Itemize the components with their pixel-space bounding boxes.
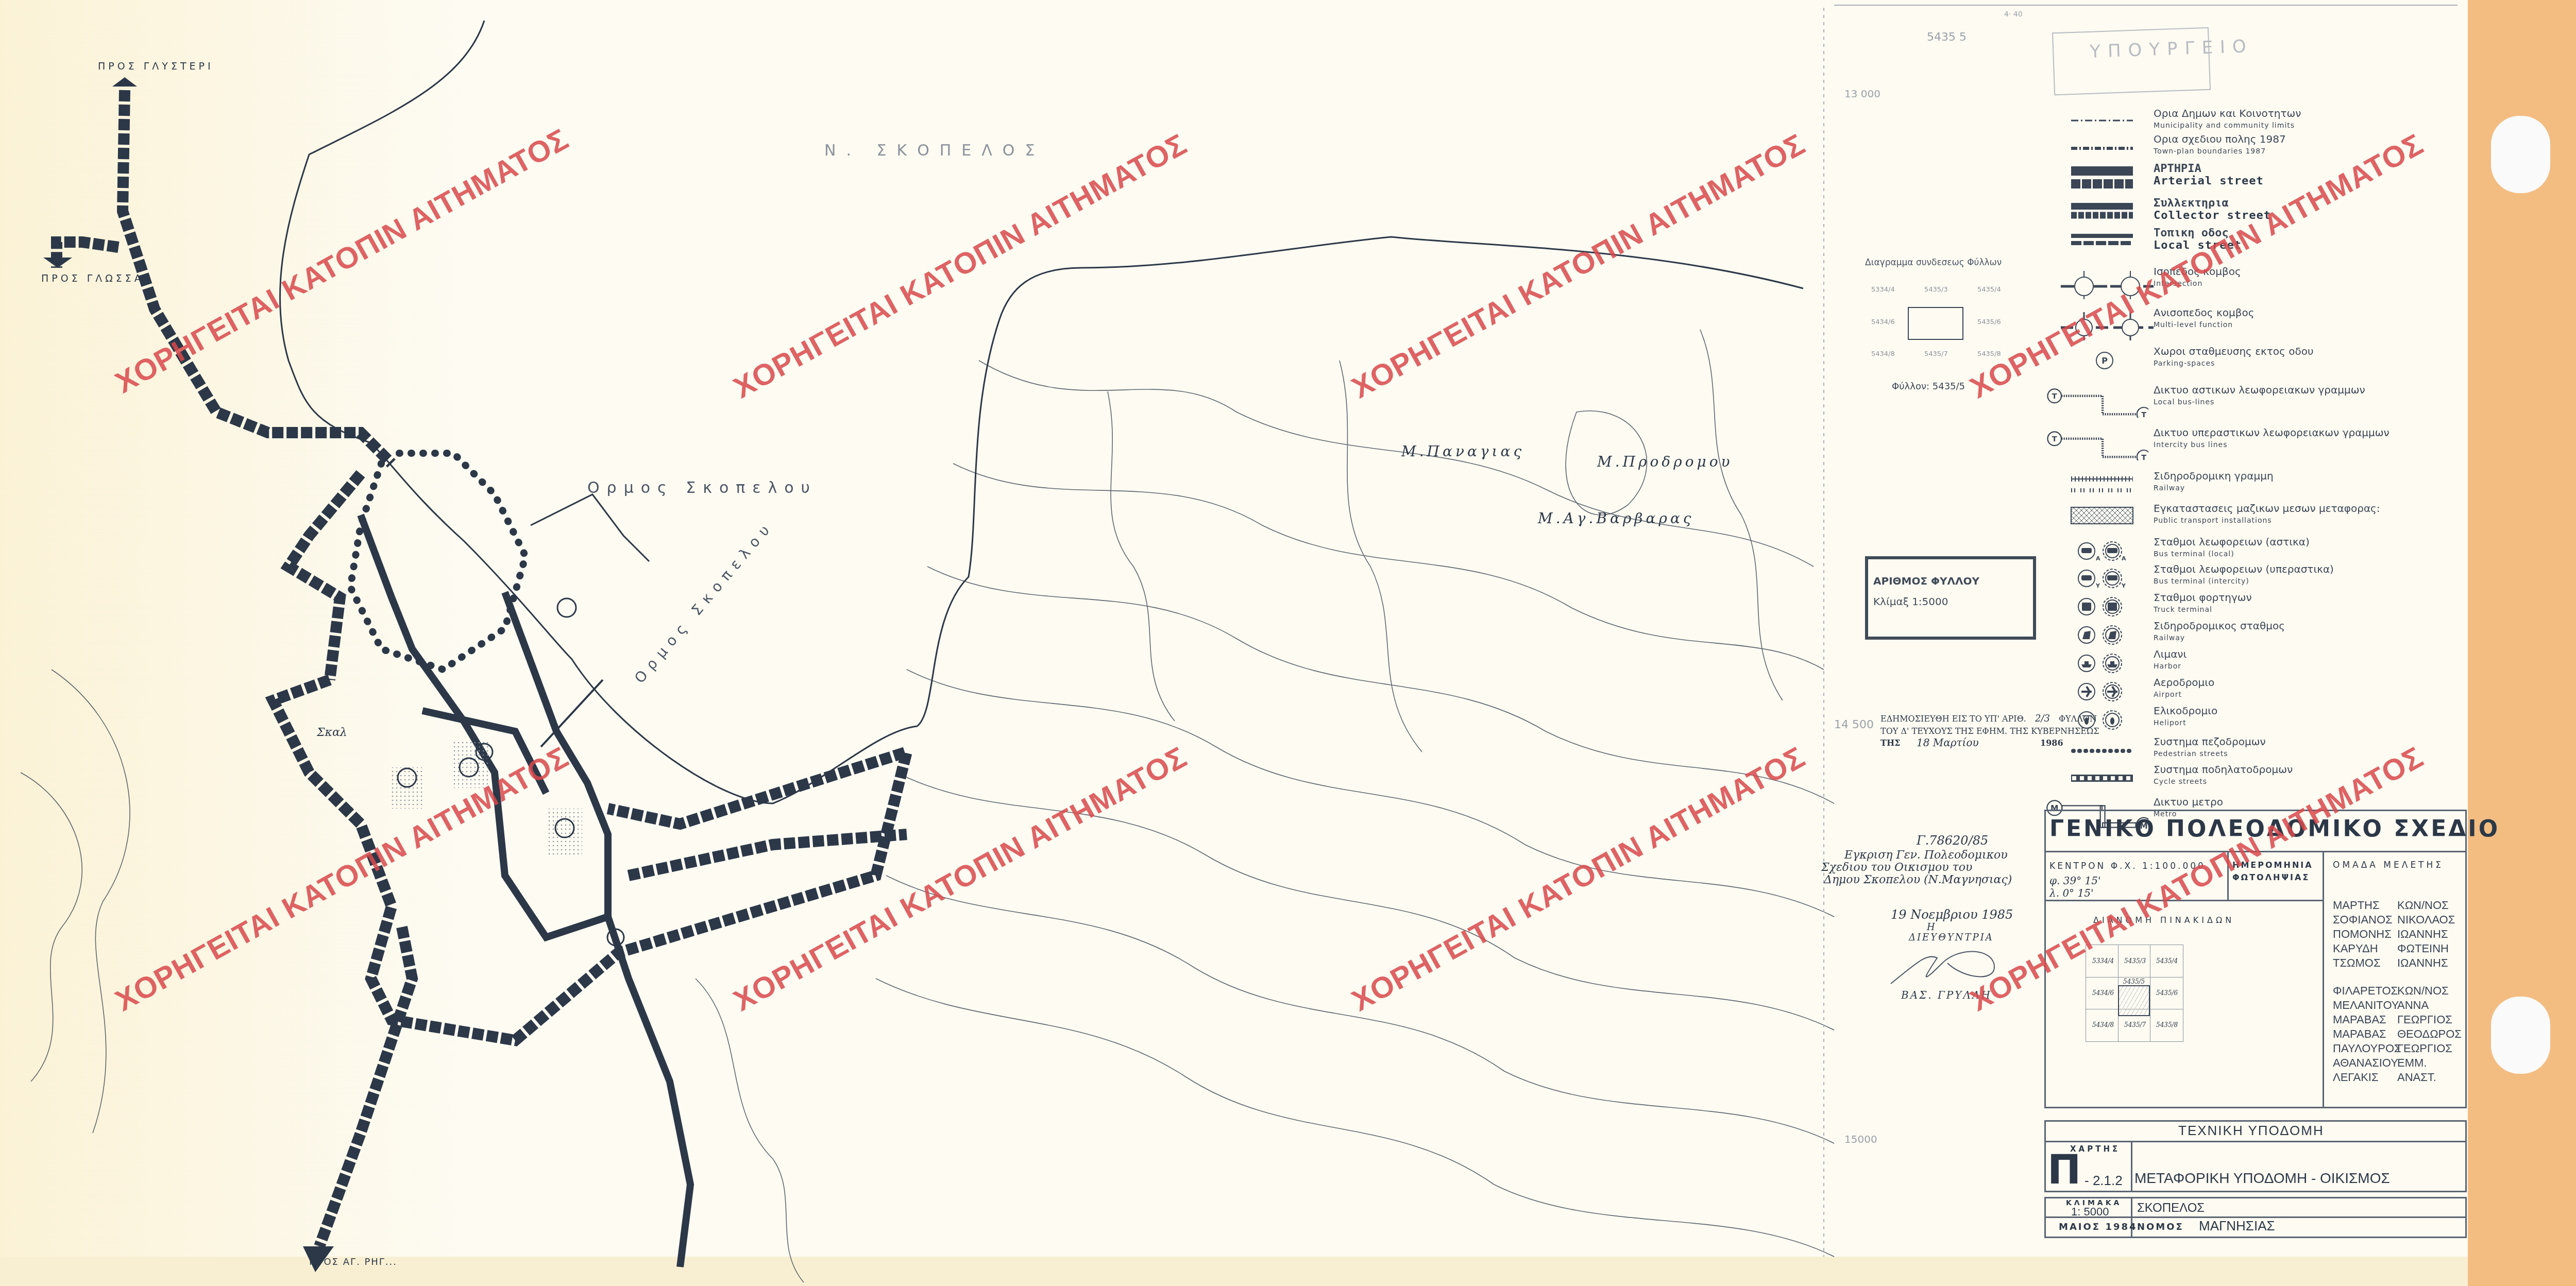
approval-line-2: Σχεδιου του Οικισμου του [1821, 861, 1972, 874]
svg-text:P: P [2102, 356, 2108, 366]
arterial-street-icon [2061, 165, 2154, 191]
sheet-number-top: 5435 5 [1927, 31, 1967, 44]
map-date: ΜΑΙΟΣ 1984 [2059, 1222, 2138, 1232]
approval-line-3: Δημου Σκοπελου (Ν.Μαγνησιας) [1824, 873, 2012, 886]
town-plan-boundary-icon [2061, 136, 2154, 162]
team-member: ΛΕΓΑΚΙΣΑΝΑΣΤ. [2333, 1070, 2462, 1085]
harbor-icon [2061, 651, 2154, 677]
prefecture-label: ΝΟΜΟΣ [2137, 1222, 2184, 1232]
sheet-diagram-cell: 5435/7 [1924, 350, 1948, 358]
local-bus-lines-icon: T T [2045, 387, 2148, 418]
scale-value: 1: 5000 [2071, 1205, 2109, 1219]
place: ΣΚΟΠΕΛΟΣ [2137, 1201, 2205, 1215]
local-street-icon [2061, 230, 2154, 255]
team-member: ΜΑΡΑΒΑΣΘΕΟΔΩΡΟΣ [2333, 1027, 2462, 1041]
cycle-streets-icon [2061, 766, 2154, 792]
binder-hole [2491, 116, 2550, 193]
index-grid: 5334/4 5435/3 5435/4 5434/6 5435/5 5435/… [2086, 945, 2183, 1042]
sheet-diagram-title: Διαγραμμα συνδεσεως Φύλλων [1865, 258, 2002, 268]
approval-role: ΔΙΕΥΘΥΝΤΡΙΑ [1909, 932, 1994, 943]
railway-station-icon [2061, 623, 2154, 648]
legend-item: T T Δικτυο αστικων λεωφορειακων γραμμων … [2040, 384, 2452, 420]
team-member: ΜΕΛΑΝΙΤΟΥΑΝΝΑ [2333, 998, 2462, 1013]
legend-item: P Χωροι σταθμευσης εκτος οδου Parking-sp… [2040, 345, 2452, 381]
map-letter: Π [2047, 1150, 2081, 1191]
team-member: ΤΣΩΜΟΣΙΩΑΝΝΗΣ [2333, 956, 2462, 970]
title-block: ΓΕΝΙΚΟ ΠΟΛΕΟΔΟΜΙΚΟ ΣΧΕΔΙΟ ΚΕΝΤΡΟΝ Φ.Χ. 1… [2044, 810, 2467, 1250]
sheet-diagram-current [1908, 307, 1963, 340]
photo-date-label-2: ΦΩΤΟΛΗΨΙΑΣ [2232, 872, 2310, 882]
svg-text:T: T [2052, 392, 2057, 401]
team-label: ΟΜΑΔΑ ΜΕΛΕΤΗΣ [2333, 860, 2444, 870]
grid-value-13000: 13 000 [1844, 88, 1880, 100]
svg-text:T: T [2141, 454, 2146, 460]
collector-street-icon [2061, 200, 2154, 226]
approval-line-1: Εγκριση Γεν. Πολεοδομικου [1844, 849, 2008, 862]
approval-ref: Γ.78620/85 [1917, 833, 1988, 848]
label-pros-glossa: ΠΡΟΣ ΓΛΩΣΣΑ [41, 273, 144, 284]
team-member: ΑΘΑΝΑΣΙΟΥΕΜΜ. [2333, 1056, 2462, 1070]
grid-value-15000: 15000 [1844, 1133, 1877, 1145]
category: ΤΕΧΝΙΚΗ ΥΠΟΔΟΜΗ [2178, 1123, 2324, 1139]
boundary-line-icon [2061, 110, 2154, 136]
legend-item: Σιδηροδρομικη γραμμη Railway [2040, 470, 2452, 506]
publication-date: 18 Μαρτίου [1917, 736, 1979, 749]
sheet-diagram-cell: 5435/4 [1977, 286, 2001, 294]
airport-icon [2061, 679, 2154, 705]
bus-terminal-intercity-icon: YY [2061, 566, 2154, 592]
svg-text:Y: Y [2121, 582, 2126, 589]
label-skala: Σκαλ [317, 726, 347, 739]
sheet-diagram-cell: 5434/8 [1871, 350, 1895, 358]
label-m-panagias: Μ.Παναγιας [1401, 443, 1524, 460]
current-sheet-cell [2118, 985, 2150, 1016]
team-member: ΜΑΡΑΒΑΣΓΕΩΡΓΙΟΣ [2333, 1013, 2462, 1027]
bus-terminal-local-icon: AA [2061, 539, 2154, 564]
label-pros-ag-rigini: ΠΡΟΣ ΑΓ. ΡΗΓ... [309, 1257, 397, 1267]
arrow-down-icon [43, 258, 72, 268]
label-m-ag-varvaras: Μ.Αγ.Βαρβαρας [1538, 510, 1694, 527]
ministry-stamp: ΥΠΟΥΡΓΕΙΟ [2052, 27, 2211, 96]
sheet-diagram-cell: 5435/6 [1977, 318, 2001, 326]
label-pros-glysteri: ΠΡΟΣ ΓΛΥΣΤΕΡΙ [98, 61, 214, 72]
legend-item: T T Δικτυο υπεραστικων λεωφορειακων γραμ… [2040, 426, 2452, 462]
legend-item: Εγκαταστασεις μαζικων μεσων μεταφορας: P… [2040, 502, 2452, 538]
map-number: - 2.1.2 [2084, 1173, 2123, 1189]
label-ormos-skopelou: Ορμος Σκοπελου [587, 479, 817, 497]
corner-tiny-text: 4· 40 [2004, 10, 2023, 19]
team-member: ΣΟΦΙΑΝΟΣΝΙΚΟΛΑΟΣ [2333, 913, 2462, 927]
old-sheet-stamp: ΑΡΙΘΜΟΣ ΦΥΛΛΟΥ Κλίμαξ 1:5000 [1865, 556, 2036, 640]
team-member: ΜΑΡΤΗΣΚΩΝ/ΝΟΣ [2333, 898, 2462, 913]
sheet-diagram-label: Φύλλον: 5435/5 [1892, 381, 1965, 392]
grid-value-14500: 14 500 [1834, 718, 1874, 731]
pedestrian-streets-icon [2061, 739, 2154, 764]
arrow-up-icon [112, 77, 137, 87]
map-title: ΜΕΤΑΦΟΡΙΚΗ ΥΠΟΔΟΜΗ - ΟΙΚΙΣΜΟΣ [2134, 1170, 2390, 1187]
label-m-prodromou: Μ.Προδρομου [1597, 453, 1733, 470]
svg-text:Y: Y [2095, 582, 2100, 589]
prefecture: ΜΑΓΝΗΣΙΑΣ [2199, 1218, 2275, 1234]
approval-date: 19 Νοεμβριου 1985 [1891, 907, 2013, 922]
approval-role-article: Η [1927, 922, 1935, 933]
latitude: φ. 39° 15' [2049, 875, 2100, 887]
heliport-icon [2061, 708, 2154, 733]
longitude: λ. 0° 15' [2049, 887, 2093, 899]
publication-line-3: ΤΗΣ [1880, 738, 1900, 748]
sheet-diagram-cell: 5435/3 [1924, 286, 1948, 294]
legend-item: Ισοπεδος κομβος Intersection [2040, 265, 2452, 301]
team-member: ΠΑΥΛΟΥΡΟΣΓΕΩΡΓΙΟΣ [2333, 1041, 2462, 1056]
team-member: ΦΙΛΑΡΕΤΟΣΚΩΝ/ΝΟΣ [2333, 984, 2462, 998]
svg-text:A: A [2122, 555, 2126, 562]
sheet-diagram-cell: 5334/4 [1871, 286, 1895, 294]
intercity-bus-lines-icon: T T [2045, 430, 2148, 460]
svg-text:A: A [2096, 555, 2100, 562]
team-list: ΜΑΡΤΗΣΚΩΝ/ΝΟΣ ΣΟΦΙΑΝΟΣΝΙΚΟΛΑΟΣ ΠΟΜΟΝΗΣΙΩ… [2333, 898, 2462, 1085]
railway-line-icon [2061, 473, 2154, 499]
truck-terminal-icon [2061, 594, 2154, 620]
public-transport-hatch-icon [2061, 505, 2154, 531]
svg-text:T: T [2141, 411, 2146, 418]
svg-text:T: T [2052, 435, 2057, 443]
team-member: ΠΟΜΟΝΗΣΙΩΑΝΝΗΣ [2333, 927, 2462, 941]
sheet-diagram-cell: 5434/6 [1871, 318, 1895, 326]
label-island-name: Ν. ΣΚΟΠΕΛΟΣ [824, 142, 1045, 160]
binder-hole [2491, 997, 2550, 1074]
team-member: ΚΑΡΥΔΗΦΩΤΕΙΝΗ [2333, 941, 2462, 956]
